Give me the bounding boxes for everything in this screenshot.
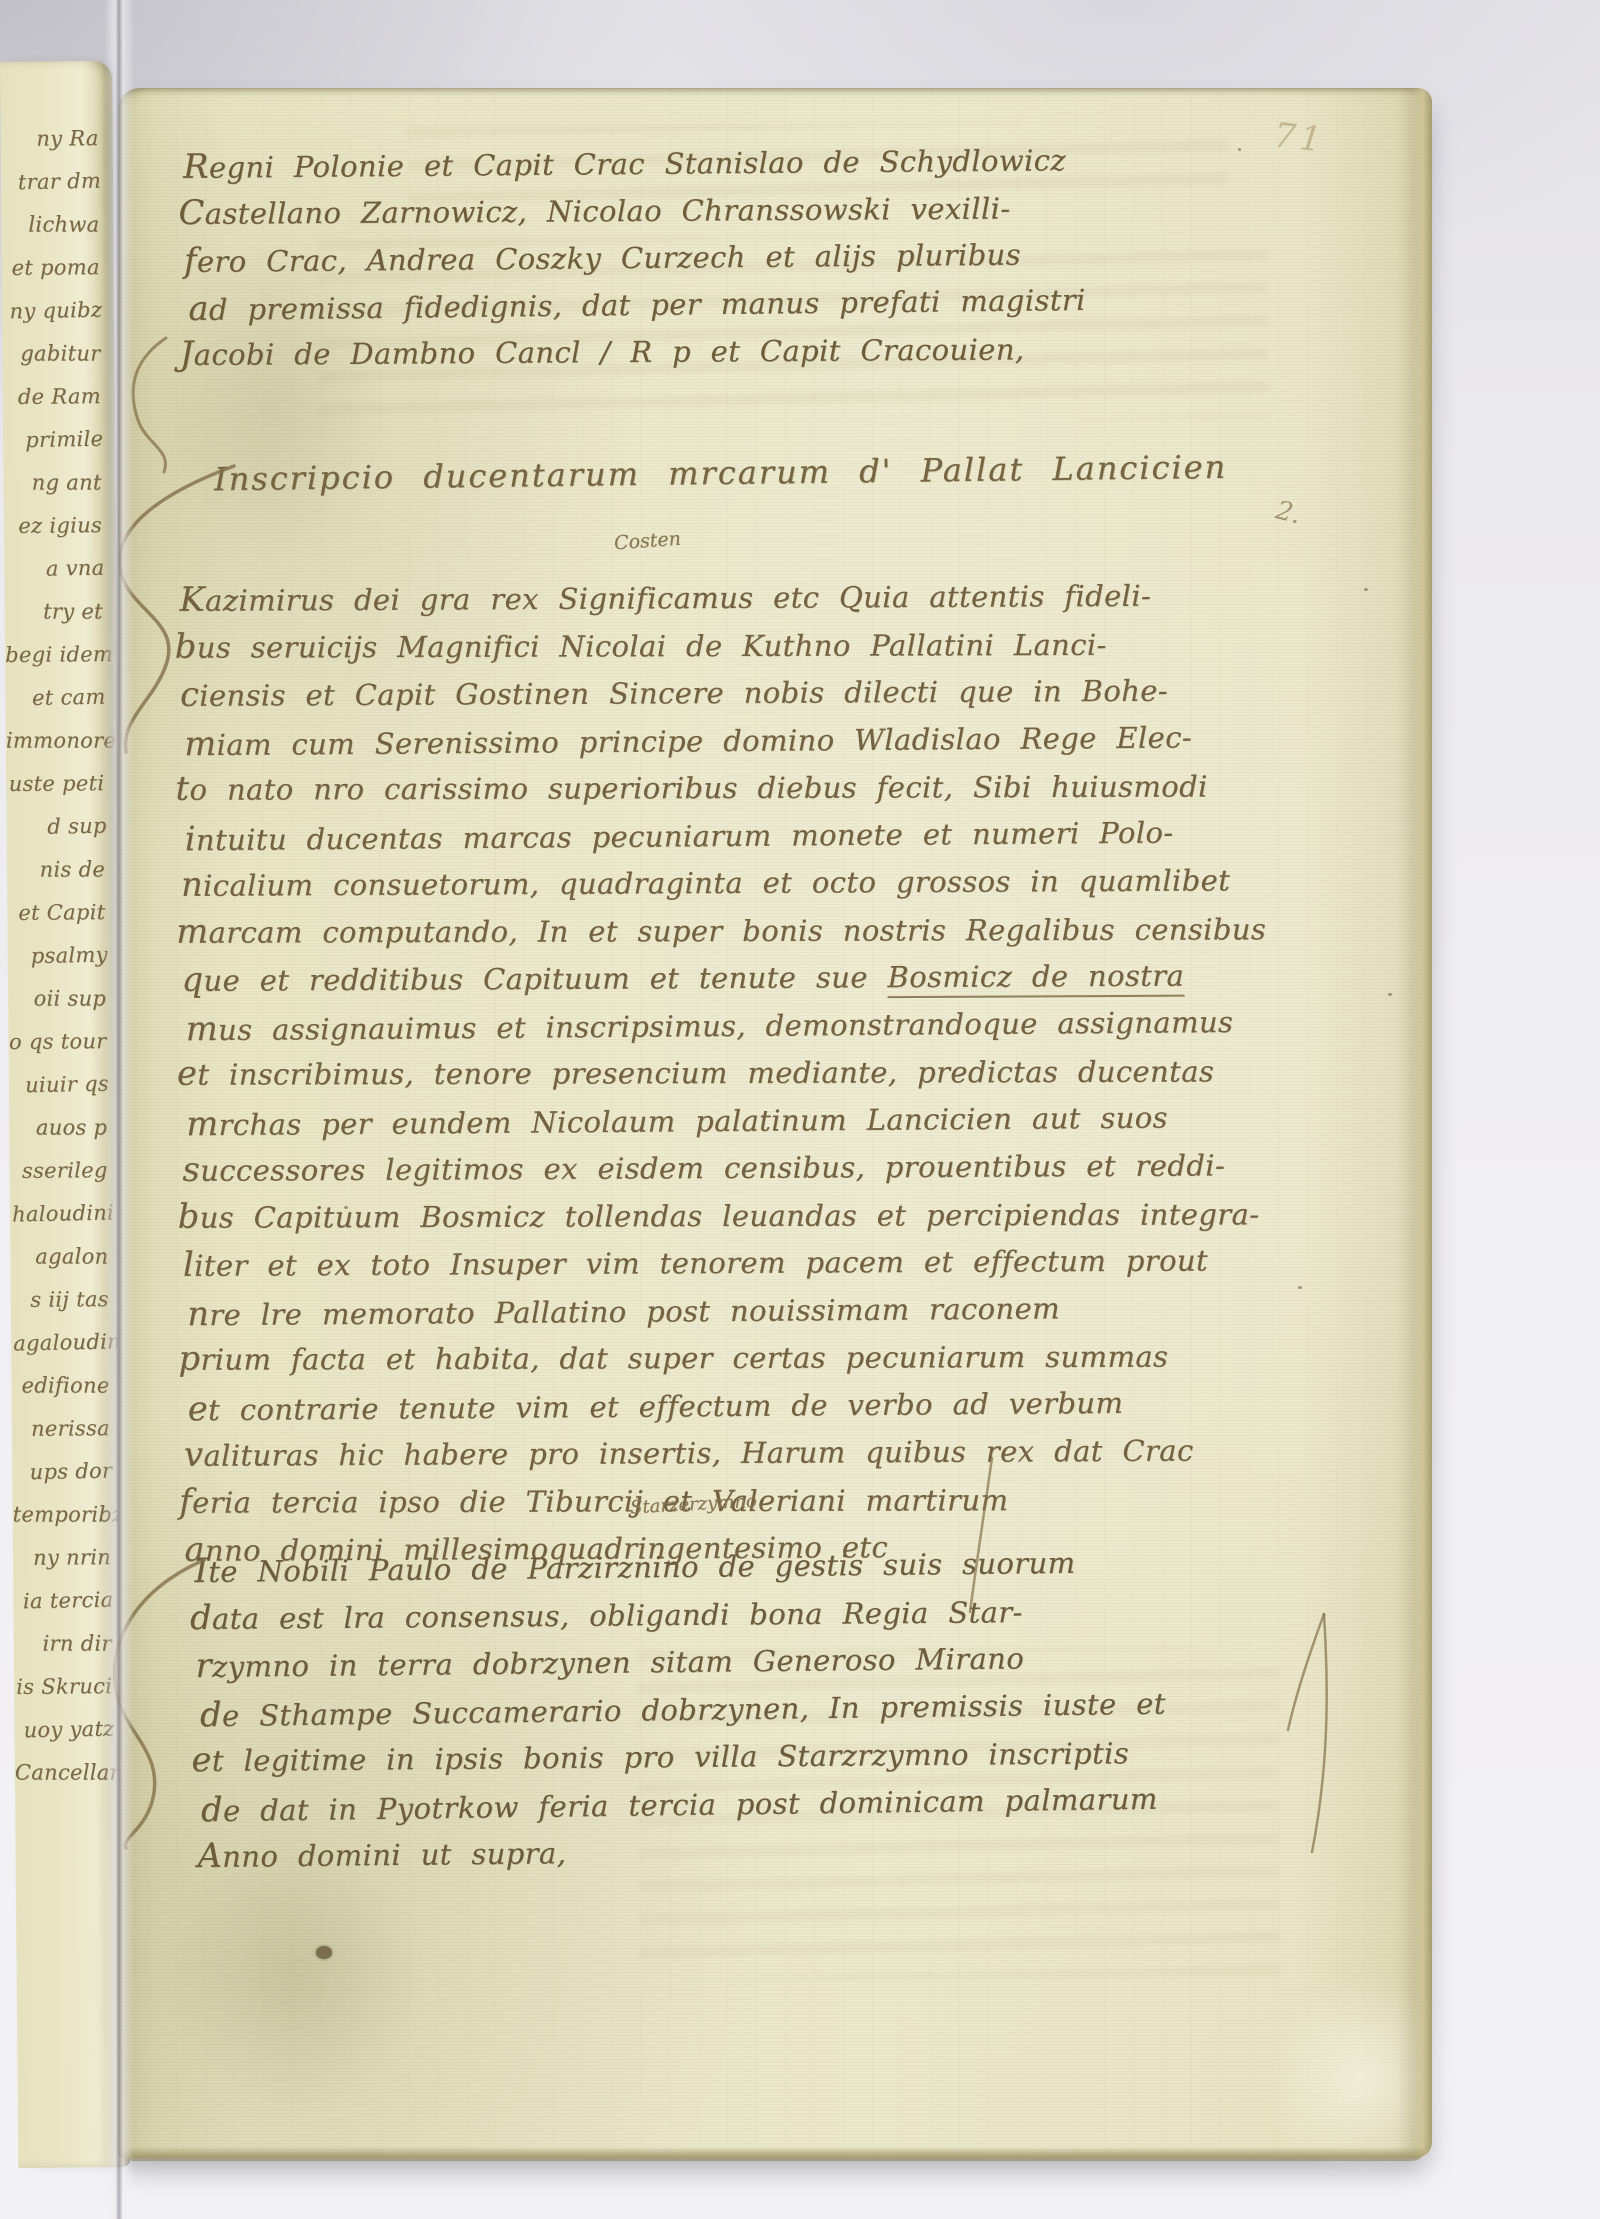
facing-page-line: haloudini bbox=[12, 1192, 111, 1237]
facing-page-line: uoy yatz bbox=[16, 1708, 115, 1753]
manuscript-line: bus seruicijs Magnifici Nicolai de Kuthn… bbox=[175, 620, 1265, 671]
manuscript-line: successores legitimos ex eisdem censibus… bbox=[182, 1141, 1272, 1194]
facing-page-line: d sup bbox=[8, 805, 107, 850]
fly-speck bbox=[1364, 588, 1368, 591]
manuscript-photo-scene: { "folio": { "number": "71" }, "margin_m… bbox=[0, 0, 1600, 2219]
facing-page-line: et Capit bbox=[7, 891, 105, 935]
manuscript-line: Regni Polonie et Capit Crac Stanislao de… bbox=[183, 136, 1081, 191]
manuscript-line: data est lra consensus, obligandi bona R… bbox=[190, 1587, 1156, 1643]
manuscript-line: nre lre memorato Pallatino post nouissim… bbox=[187, 1282, 1277, 1338]
facing-page-line: a vna bbox=[6, 547, 105, 592]
facing-page-line: ez igius bbox=[4, 504, 102, 548]
facing-page-line: edifione bbox=[12, 1365, 110, 1408]
entry-heading: Inscripcio ducentarum mrcarum d' Pallat … bbox=[214, 448, 1228, 498]
manuscript-line: nicalium consuetorum, quadraginta et oct… bbox=[181, 856, 1271, 909]
facing-page-line: o qs tour bbox=[8, 1020, 106, 1064]
facing-page-line: ia tercia bbox=[15, 1579, 114, 1624]
fly-speck bbox=[1298, 1286, 1302, 1289]
facing-page-line: begi idem bbox=[5, 633, 103, 677]
margin-checkmark bbox=[1282, 1608, 1356, 1863]
paragraph-record-1: Regni Polonie et Capit Crac Stanislao de… bbox=[183, 136, 1082, 379]
facing-page-line: ny quibz bbox=[4, 289, 103, 334]
manuscript-line: miam cum Serenissimo principe domino Wla… bbox=[184, 712, 1274, 768]
facing-page-line: gabitur bbox=[3, 333, 101, 376]
facing-page-line: nis de bbox=[7, 849, 105, 892]
manuscript-line: et inscribimus, tenore presencium median… bbox=[177, 1047, 1267, 1098]
facing-page-line: de Ram bbox=[3, 375, 101, 419]
paragraph-record-3: Ite Nobili Paulo de Parzirznino de gesti… bbox=[194, 1538, 1163, 1881]
facing-page-line: s iij tas bbox=[11, 1278, 109, 1322]
manuscript-line: to nato nro carissimo superioribus diebu… bbox=[175, 762, 1265, 813]
paragraph-record-2: Kazimirus dei gra rex Significamus etc Q… bbox=[179, 571, 1274, 1574]
facing-page-line: immonore bbox=[6, 720, 104, 763]
facing-page-line: oii sup bbox=[8, 978, 106, 1021]
ink-stain bbox=[316, 1946, 332, 1959]
facing-page-line: psalmy bbox=[9, 934, 108, 979]
manuscript-line: que et redditibus Capituum et tenute sue… bbox=[181, 951, 1271, 1004]
facing-page-line: agalon bbox=[10, 1236, 108, 1279]
facing-page-line: uiuir qs bbox=[11, 1063, 110, 1108]
facing-page-line: ny Ra bbox=[0, 117, 98, 161]
pen-flourish-paragraph1-initial bbox=[120, 332, 184, 482]
facing-page-line: auos p bbox=[9, 1107, 107, 1150]
manuscript-line: bus Capituum Bosmicz tollendas leuandas … bbox=[178, 1190, 1268, 1241]
margin-mark: 2. bbox=[1273, 495, 1304, 530]
facing-page-line: primile bbox=[5, 418, 104, 463]
facing-page-line: lichwa bbox=[1, 204, 99, 247]
manuscript-line: intuitu ducentas marcas pecuniarum monet… bbox=[185, 807, 1275, 863]
interlinear-note: Costen bbox=[613, 528, 681, 555]
facing-page-line: agaloudim bbox=[13, 1321, 112, 1366]
facing-page-line: temporibz bbox=[13, 1494, 111, 1537]
facing-page-line: sserileg bbox=[9, 1149, 107, 1193]
manuscript-line: Jacobi de Dambno Cancl / R p et Capit Cr… bbox=[180, 325, 1078, 378]
facing-page-line: ny nrin bbox=[13, 1536, 111, 1580]
facing-page-line: ng ant bbox=[4, 462, 102, 505]
facing-page-edge: ny Ratrar dmlichwaet pomany quibzgabitur… bbox=[0, 61, 130, 2168]
manuscript-line: Ite Nobili Paulo de Parzirznino de gesti… bbox=[194, 1538, 1160, 1596]
facing-page-line: Cancellarij bbox=[15, 1752, 113, 1795]
facing-page-line: trar dm bbox=[3, 160, 102, 205]
manuscript-line: valituras hic habere pro insertis, Harum… bbox=[184, 1426, 1274, 1479]
facing-page-line: nerissa bbox=[12, 1407, 110, 1451]
facing-page-line-fragments: ny Ratrar dmlichwaet pomany quibzgabitur… bbox=[0, 117, 113, 1795]
manuscript-line: mrchas per eundem Nicolaum palatinum Lan… bbox=[186, 1092, 1276, 1148]
manuscript-line: ad premissa fidedignis, dat per manus pr… bbox=[188, 276, 1086, 333]
ink-underline: Bosmicz de nostra bbox=[887, 959, 1184, 999]
manuscript-line: mus assignauimus et inscripsimus, demons… bbox=[186, 997, 1276, 1053]
folio-number: 71 bbox=[1272, 115, 1327, 160]
manuscript-line: marcam computando, In et super bonis nos… bbox=[176, 905, 1266, 956]
facing-page-line: et poma bbox=[2, 246, 100, 290]
facing-page-line: try et bbox=[5, 591, 103, 634]
manuscript-line: Castellano Zarnowicz, Nicolao Chranssows… bbox=[178, 184, 1076, 237]
facing-page-line: uste peti bbox=[6, 762, 104, 806]
facing-page-line: et cam bbox=[7, 676, 106, 721]
manuscript-line: prium facta et habita, dat super certas … bbox=[178, 1332, 1268, 1383]
manuscript-line: Kazimirus dei gra rex Significamus etc Q… bbox=[179, 571, 1269, 624]
stain-smudge bbox=[170, 1842, 420, 2112]
fly-speck bbox=[1238, 148, 1241, 151]
facing-page-line: is Skruci bbox=[14, 1665, 112, 1709]
facing-page-line: irn dir bbox=[14, 1623, 112, 1666]
fly-speck bbox=[1388, 993, 1392, 996]
manuscript-line: et contrarie tenute vim et effectum de v… bbox=[188, 1377, 1278, 1433]
facing-page-line: ups dor bbox=[14, 1450, 113, 1495]
page-bottom-edge bbox=[126, 2147, 1426, 2161]
manuscript-line: ciensis et Capit Gostinen Sincere nobis … bbox=[180, 666, 1270, 719]
manuscript-line: liter et ex toto Insuper vim tenorem pac… bbox=[183, 1236, 1273, 1289]
manuscript-page: 71 Regni Polonie et Capit Crac Stanislao… bbox=[118, 88, 1432, 2158]
